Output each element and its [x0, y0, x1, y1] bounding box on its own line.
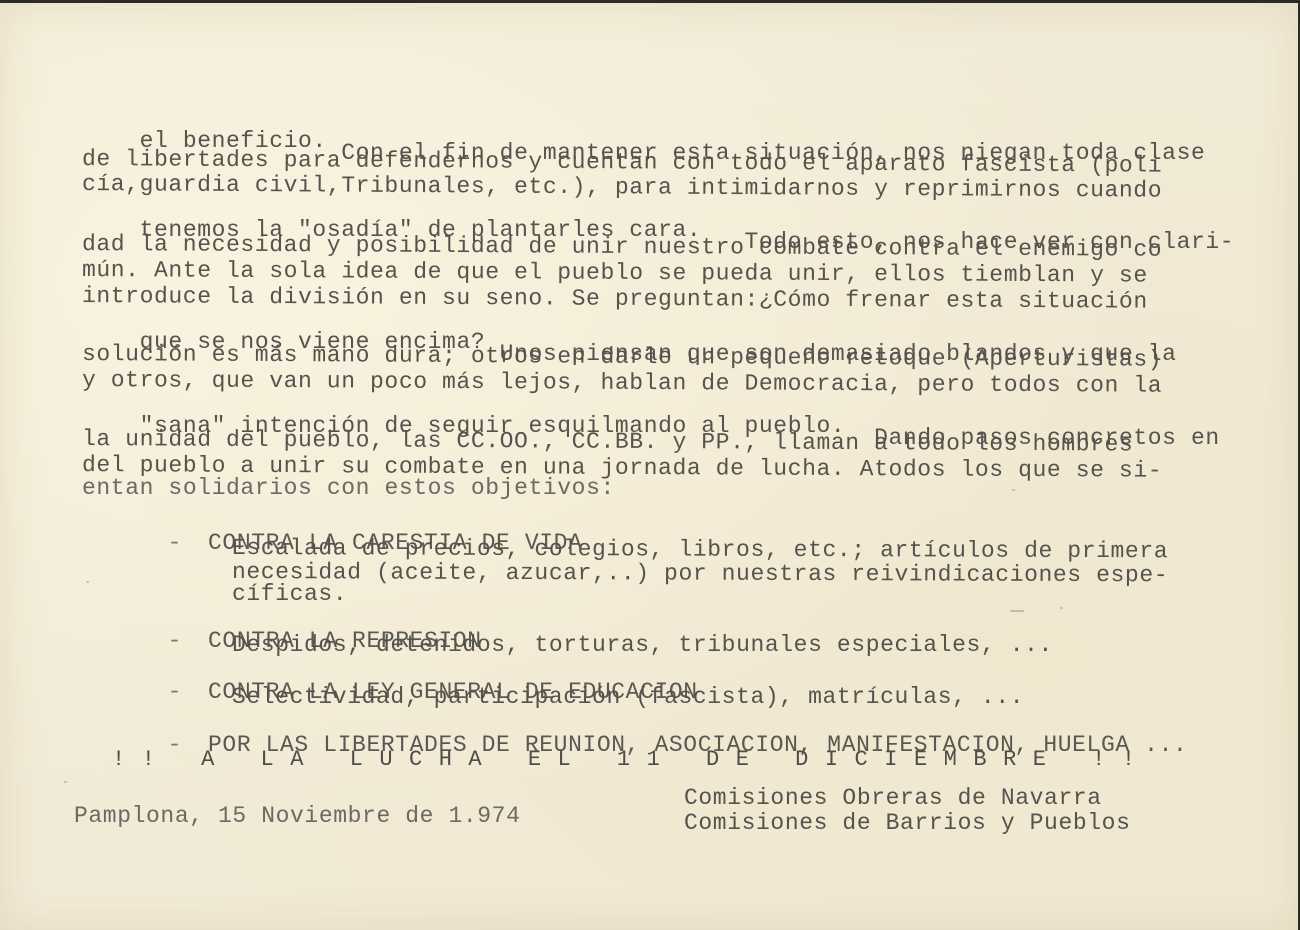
paper-speck	[64, 781, 67, 783]
objective-3-detail-1: Selectividad, participación (fascista), …	[232, 686, 1024, 709]
objective-2-detail-1: Despidos, detenidos, torturas, tribunale…	[232, 634, 1053, 657]
paper-speck	[1012, 489, 1015, 491]
objective-1-detail-2: necesidad (aceite, azucar,..) por nuestr…	[232, 561, 1168, 587]
bullet-dash-icon: -	[168, 679, 182, 705]
call-to-action-slogan: !! A LA LUCHA EL 11 DE DICIEMBRE !!	[112, 749, 1152, 771]
place-date: Pamplona, 15 Noviembre de 1.974	[74, 805, 520, 828]
bullet-dash-icon: -	[168, 530, 182, 556]
paper-speck	[86, 581, 89, 583]
body-line-14: entan solidarios con estos objetivos:	[82, 477, 615, 500]
bullet-dash-icon: -	[168, 628, 182, 654]
objective-1-detail-3: cíficas.	[232, 583, 347, 606]
typewritten-page: el beneficio. Con el fin de mantener est…	[0, 3, 1298, 930]
signature-2: Comisiones de Barrios y Pueblos	[684, 812, 1130, 835]
paper-speck	[1060, 607, 1063, 609]
signature-1: Comisiones Obreras de Navarra	[684, 787, 1102, 810]
paper-speck	[1010, 610, 1024, 612]
